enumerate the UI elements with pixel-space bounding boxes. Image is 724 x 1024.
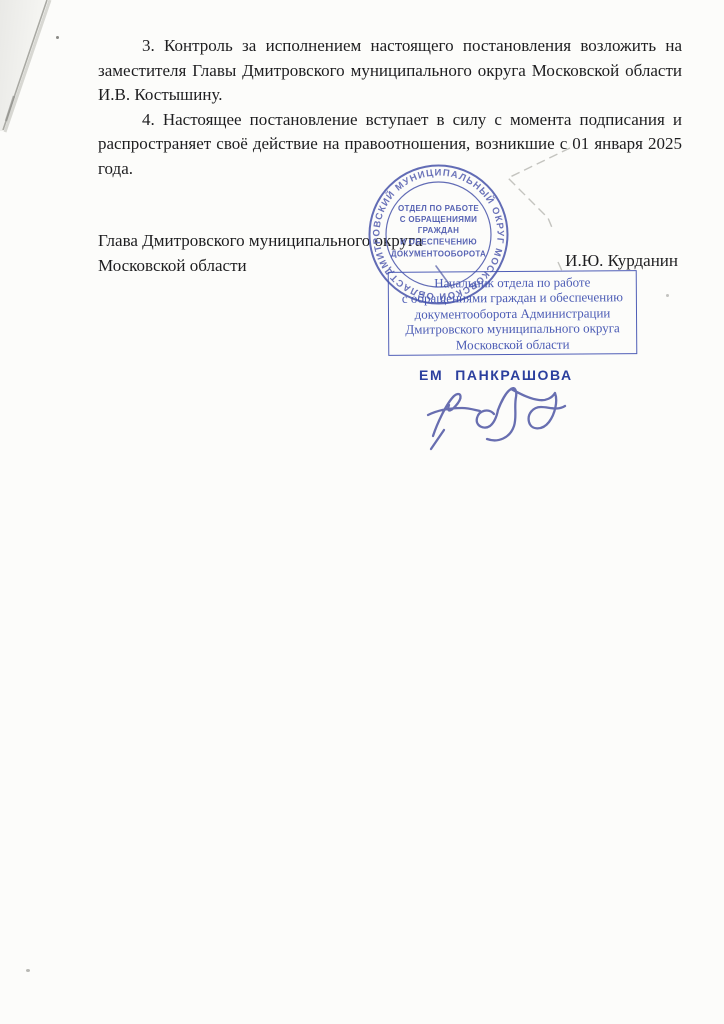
name-stamp: ЕМПАНКРАШОВА (419, 367, 573, 383)
scan-speck (666, 294, 669, 297)
scan-speck (26, 969, 30, 972)
round-stamp-center-line4: И ОБЕСПЕЧЕНИЮ (400, 238, 477, 247)
rect-stamp-line2: с обращениями граждан и обеспечению (389, 290, 636, 307)
signatory-name: И.Ю. Курданин (565, 251, 678, 271)
round-stamp-center-line1: ОТДЕЛ ПО РАБОТЕ (398, 204, 479, 213)
signature-stroke-middle (477, 410, 498, 428)
scanned-document-page: 3. Контроль за исполнением настоящего по… (0, 0, 724, 1024)
document-body: 3. Контроль за исполнением настоящего по… (98, 34, 682, 181)
name-stamp-surname: ПАНКРАШОВА (455, 367, 573, 383)
round-stamp-center-line5: ДОКУМЕНТООБОРОТА (391, 250, 486, 259)
rect-stamp-line3: документооборота Администрации (389, 305, 636, 322)
rect-stamp-line5: Московской области (389, 336, 636, 353)
signature-stroke-right (487, 388, 565, 440)
paragraph-3: 3. Контроль за исполнением настоящего по… (98, 34, 682, 108)
rect-stamp-line4: Дмитровского муниципального округа (389, 320, 636, 337)
round-stamp-center-line3: ГРАЖДАН (418, 226, 460, 235)
scan-speck (56, 36, 59, 39)
rect-stamp: Начальник отдела по работе с обращениями… (388, 270, 638, 356)
name-stamp-initials: ЕМ (419, 367, 443, 383)
rect-stamp-line1: Начальник отдела по работе (389, 274, 636, 291)
round-stamp-center-line2: С ОБРАЩЕНИЯМИ (400, 215, 477, 224)
signature-stroke-left (428, 394, 480, 436)
handwritten-signature (404, 383, 576, 461)
pen-tick (430, 262, 460, 292)
